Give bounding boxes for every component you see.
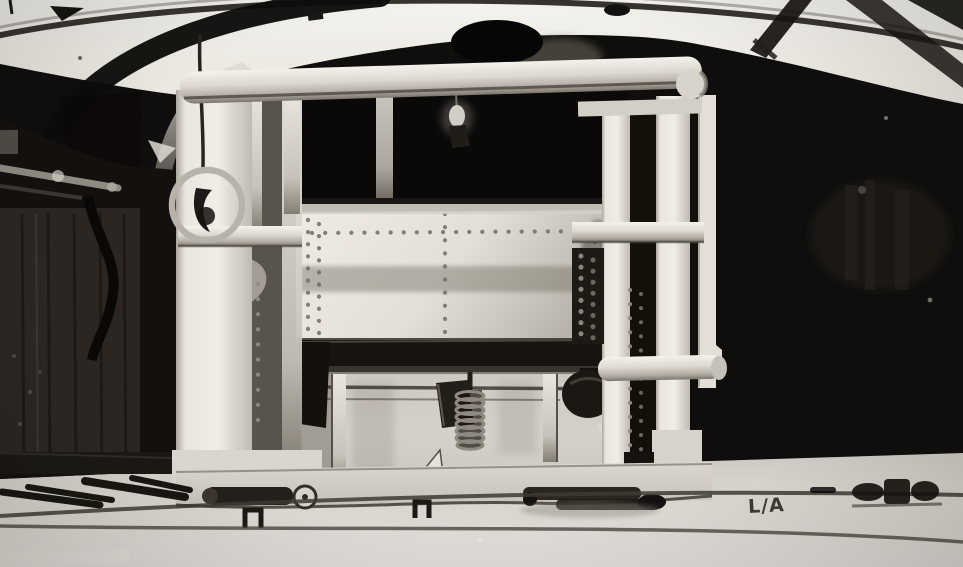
vignette [0,0,963,567]
photo-artifacts [0,0,963,567]
photograph: L/A [0,0,963,567]
photo-canvas: L/A [0,0,963,567]
